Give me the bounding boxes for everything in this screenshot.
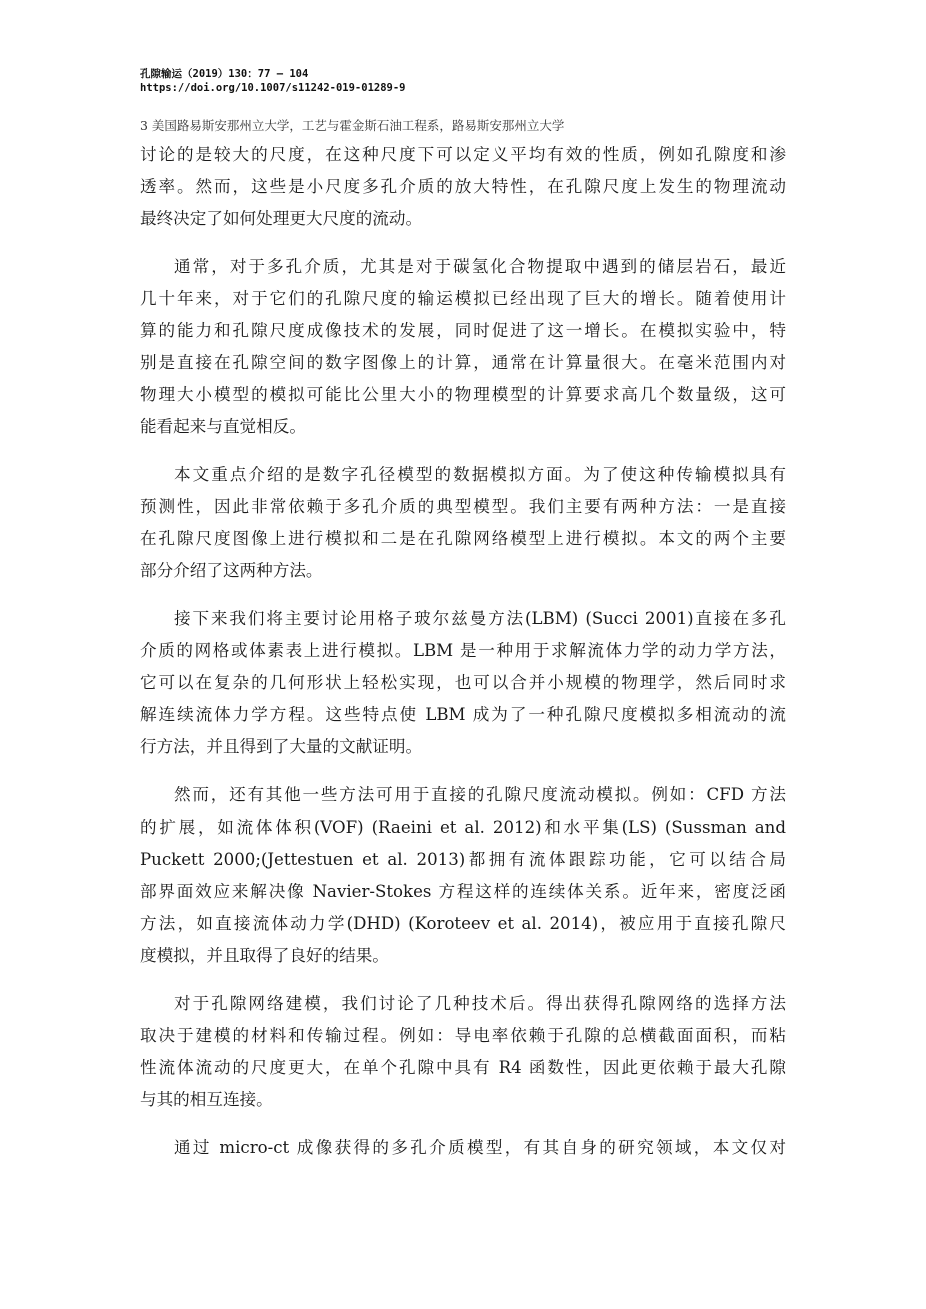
doi-link[interactable]: https://doi.org/10.1007/s11242-019-01289… — [140, 82, 406, 94]
text-line: 本文重点介绍的是数字孔径模型的数据模拟方面。为了使这种传输模拟具有 — [174, 465, 786, 485]
text-line: 别是直接在孔隙空间的数字图像上的计算，通常在计算量很大。在毫米范围内对 — [140, 353, 786, 373]
text-line: 通过 micro-ct 成像获得的多孔介质模型，有其自身的研究领域，本文仅对 — [174, 1138, 786, 1158]
text-line: 然而，还有其他一些方法可用于直接的孔隙尺度流动模拟。例如：CFD 方法 — [174, 785, 786, 805]
text-line: 度模拟，并且取得了良好的结果。 — [140, 946, 786, 966]
text-line: 性流体流动的尺度更大，在单个孔隙中具有 R4 函数性，因此更依赖于最大孔隙 — [140, 1058, 786, 1078]
text-line: 在孔隙尺度图像上进行模拟和二是在孔隙网络模型上进行模拟。本文的两个主要 — [140, 529, 786, 549]
text-line: 通常，对于多孔介质，尤其是对于碳氢化合物提取中遇到的储层岩石，最近 — [174, 257, 786, 277]
text-line: 与其的相互连接。 — [140, 1090, 786, 1110]
text-line: 预测性，因此非常依赖于多孔介质的典型模型。我们主要有两种方法：一是直接 — [140, 497, 786, 517]
author-affiliation: 3 美国路易斯安那州立大学，工艺与霍金斯石油工程系，路易斯安那州立大学 — [140, 116, 564, 134]
text-line: 接下来我们将主要讨论用格子玻尔兹曼方法(LBM) (Succi 2001)直接在… — [174, 609, 786, 629]
text-line: 部分介绍了这两种方法。 — [140, 561, 786, 581]
text-line: 对于孔隙网络建模，我们讨论了几种技术后。得出获得孔隙网络的选择方法 — [174, 994, 786, 1014]
text-line: 能看起来与直觉相反。 — [140, 417, 786, 437]
text-line: 物理大小模型的模拟可能比公里大小的物理模型的计算要求高几个数量级，这可 — [140, 385, 786, 405]
text-line: 最终决定了如何处理更大尺度的流动。 — [140, 209, 786, 229]
text-line: 行方法，并且得到了大量的文献证明。 — [140, 737, 786, 757]
text-line: Puckett 2000;(Jettestuen et al. 2013)都拥有… — [140, 850, 786, 870]
text-line: 解连续流体力学方程。这些特点使 LBM 成为了一种孔隙尺度模拟多相流动的流 — [140, 705, 786, 725]
text-line: 算的能力和孔隙尺度成像技术的发展，同时促进了这一增长。在模拟实验中，特 — [140, 321, 786, 341]
text-line: 部界面效应来解决像 Navier-Stokes 方程这样的连续体关系。近年来，密… — [140, 882, 786, 902]
text-line: 几十年来，对于它们的孔隙尺度的输运模拟已经出现了巨大的增长。随着使用计 — [140, 289, 786, 309]
journal-citation: 孔隙输运（2019）130：77 – 104 — [140, 66, 308, 81]
text-line: 透率。然而，这些是小尺度多孔介质的放大特性，在孔隙尺度上发生的物理流动 — [140, 177, 786, 197]
text-line: 介质的网格或体素表上进行模拟。LBM 是一种用于求解流体力学的动力学方法， — [140, 641, 786, 661]
text-line: 讨论的是较大的尺度，在这种尺度下可以定义平均有效的性质，例如孔隙度和渗 — [140, 145, 786, 165]
text-line: 取决于建模的材料和传输过程。例如：导电率依赖于孔隙的总横截面面积，而粘 — [140, 1026, 786, 1046]
text-line: 方法，如直接流体动力学(DHD) (Koroteev et al. 2014)，… — [140, 914, 786, 934]
text-line: 的扩展，如流体体积(VOF) (Raeini et al. 2012)和水平集(… — [140, 818, 786, 838]
text-line: 它可以在复杂的几何形状上轻松实现，也可以合并小规模的物理学，然后同时求 — [140, 673, 786, 693]
